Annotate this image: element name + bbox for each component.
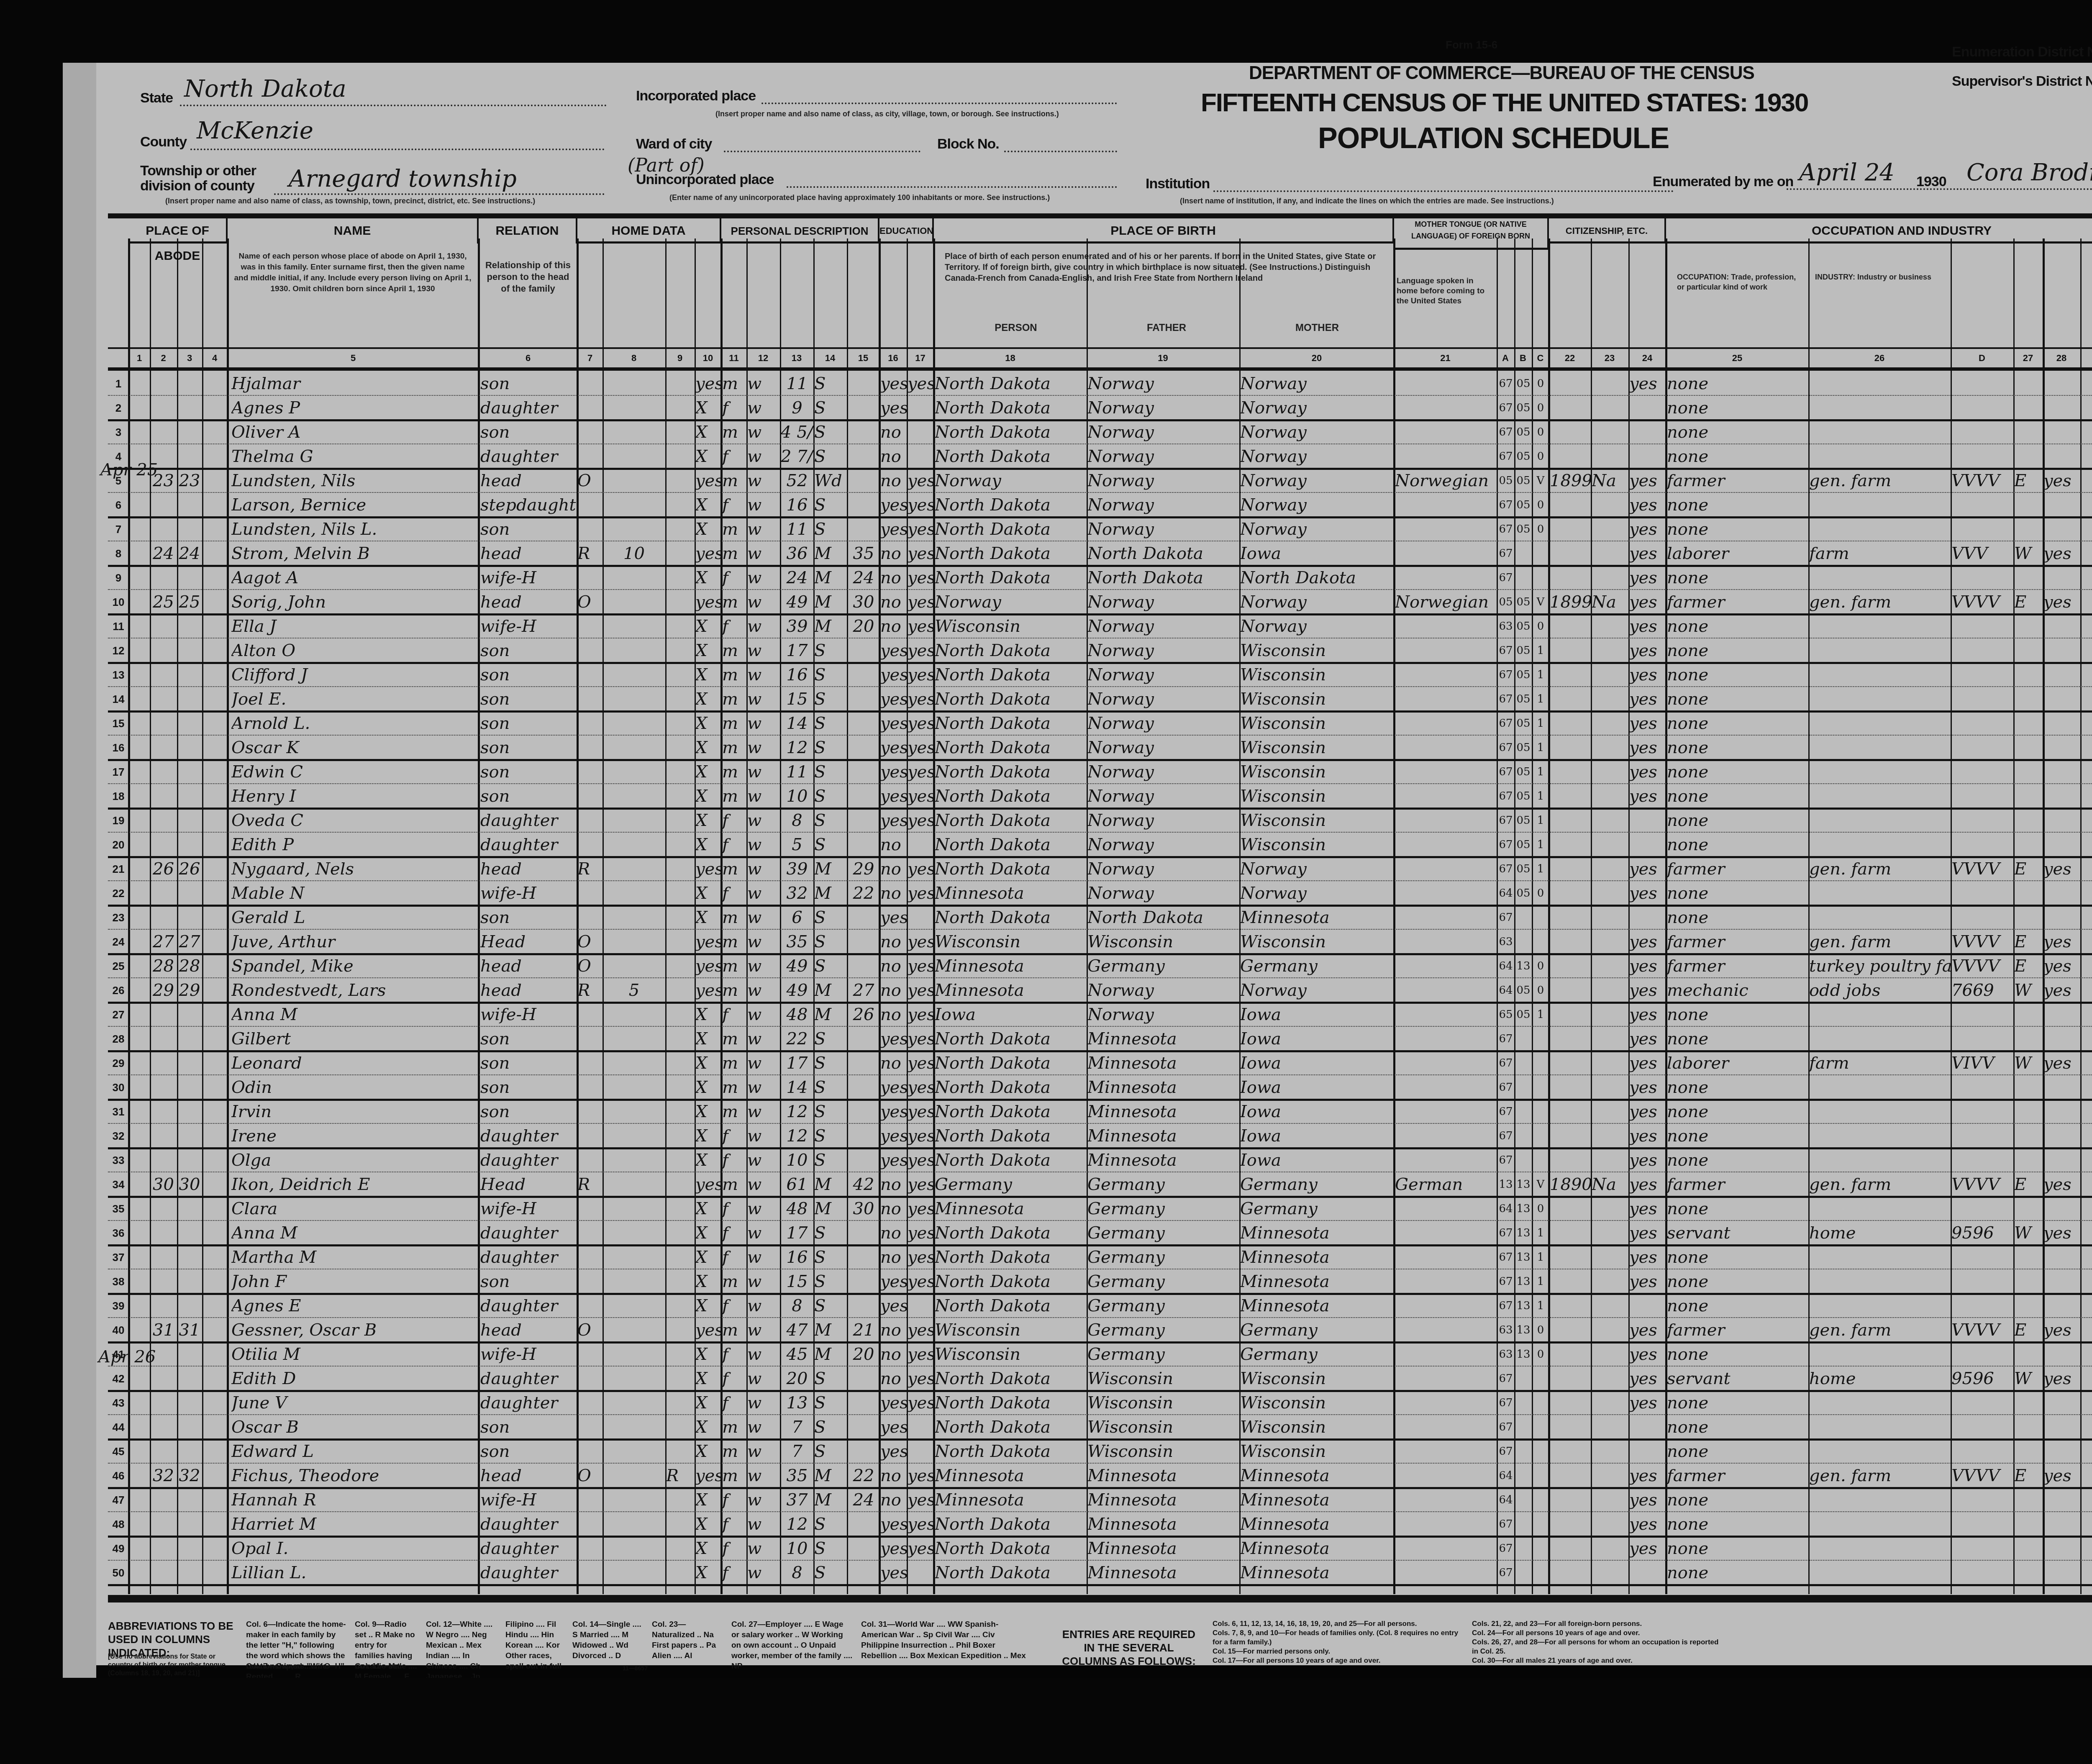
- cell-farm: yes: [695, 977, 721, 1002]
- cell-english: yes: [1629, 1463, 1665, 1487]
- cell-relation: son: [480, 1269, 577, 1293]
- cell-owned: [577, 783, 602, 808]
- cell-race: w: [747, 444, 780, 468]
- cell-age: 11: [781, 759, 813, 783]
- cell-code-d: VVVV: [1951, 929, 2013, 953]
- block-line: [1004, 151, 1117, 152]
- cell-dwelling: [150, 710, 177, 735]
- cell-emp: [2043, 662, 2080, 686]
- cell-family: 24: [177, 541, 202, 565]
- cell-tongue: [1395, 1341, 1497, 1366]
- cell-mother: Minnesota: [1240, 1511, 1393, 1536]
- cell-unemp: [2081, 1074, 2092, 1099]
- cell-age: 47: [781, 1317, 813, 1341]
- cell-farm: yes: [695, 856, 721, 880]
- cell-occupation: none: [1667, 1123, 1808, 1147]
- cell-code-d: [1951, 492, 2013, 516]
- cell-sex: f: [722, 1293, 746, 1317]
- cell-dwelling: [150, 1220, 177, 1244]
- cell-code-b: 05: [1515, 686, 1532, 710]
- cell-emp: yes: [2043, 1050, 2080, 1074]
- cell-read: [908, 832, 934, 856]
- cell-value: [604, 1147, 664, 1172]
- cell-code-a: 67: [1497, 686, 1514, 710]
- cell-name: Oveda C: [231, 808, 476, 832]
- cell-code-d: VVV: [1951, 541, 2013, 565]
- cell-owned: [577, 1438, 602, 1463]
- cell-english: yes: [1629, 1220, 1665, 1244]
- cell-mother: Norway: [1240, 613, 1393, 638]
- cell-code-c: 1: [1533, 1293, 1548, 1317]
- cell-value: [604, 1317, 664, 1341]
- cell-value: [604, 1172, 664, 1196]
- cell-unemp: [2081, 1293, 2092, 1317]
- cell-age-married: [848, 516, 879, 541]
- cell-farm: X: [695, 1244, 721, 1269]
- block-label: Block No.: [937, 136, 999, 152]
- cell-unemp: [2081, 1269, 2092, 1293]
- table-row: 50Lillian L.daughterXfw8SyesNorth Dakota…: [108, 1560, 2092, 1586]
- cell-value: [604, 419, 664, 444]
- cell-radio: [666, 710, 695, 735]
- cell-relation: head: [480, 856, 577, 880]
- cell-school: no: [880, 1196, 907, 1220]
- cell-read: yes: [908, 1002, 934, 1026]
- table-row: 42Edith DdaughterXfw20SnoyesNorth Dakota…: [108, 1366, 2092, 1392]
- cell-school: no: [880, 832, 907, 856]
- cell-age: 35: [781, 929, 813, 953]
- cell-race: w: [747, 1002, 780, 1026]
- cell-occupation: none: [1667, 565, 1808, 589]
- cell-emp: yes: [2043, 856, 2080, 880]
- cell-emp: [2043, 735, 2080, 759]
- table-row: 15Arnold L.sonXmw14SyesyesNorth DakotaNo…: [108, 710, 2092, 736]
- cell-race: w: [747, 856, 780, 880]
- cell-radio: [666, 662, 695, 686]
- cell-code-b: 05: [1515, 880, 1532, 905]
- cell-dwelling: [150, 1438, 177, 1463]
- cell-marital: S: [814, 905, 847, 929]
- cell-line: 19: [108, 808, 129, 832]
- cell-value: [604, 1511, 664, 1536]
- cell-imm: [1550, 1414, 1591, 1438]
- cell-class: [2014, 1511, 2043, 1536]
- cell-nat: [1592, 1002, 1628, 1026]
- cell-name: Harriet M: [231, 1511, 476, 1536]
- cell-farm: X: [695, 1196, 721, 1220]
- cell-owned: [577, 1366, 602, 1390]
- cell-dwelling: [150, 1099, 177, 1123]
- cell-emp: [2043, 516, 2080, 541]
- cell-family: [177, 1026, 202, 1050]
- cell-father: Wisconsin: [1087, 1366, 1239, 1390]
- cell-tongue: [1395, 1099, 1497, 1123]
- cell-marital: M: [814, 1317, 847, 1341]
- cell-class: E: [2014, 929, 2043, 953]
- cell-owned: [577, 1511, 602, 1536]
- cell-radio: [666, 1293, 695, 1317]
- cell-owned: O: [577, 953, 602, 977]
- cell-age-married: [848, 1438, 879, 1463]
- cell-emp: [2043, 1414, 2080, 1438]
- cell-family: 28: [177, 953, 202, 977]
- cell-line: 37: [108, 1244, 129, 1269]
- cell-dwelling: [150, 1414, 177, 1438]
- cell-occupation: farmer: [1667, 589, 1808, 613]
- population-table: PLACE OF ABODE NAME RELATION HOME DATA P…: [108, 213, 2092, 1594]
- cell-industry: [1809, 638, 1951, 662]
- cell-owned: [577, 1414, 602, 1438]
- cell-nat: [1592, 1050, 1628, 1074]
- cell-imm: [1550, 1244, 1591, 1269]
- cell-read: yes: [908, 1341, 934, 1366]
- incorporated-hint: (Insert proper name and also name of cla…: [715, 110, 1059, 118]
- cell-unemp: [2081, 1317, 2092, 1341]
- cell-imm: 1899: [1550, 468, 1591, 492]
- industry-instructions: INDUSTRY: Industry or business: [1815, 272, 1941, 282]
- cell-tongue: [1395, 1536, 1497, 1560]
- cell-radio: [666, 1269, 695, 1293]
- cell-radio: [666, 808, 695, 832]
- cell-farm: X: [695, 1002, 721, 1026]
- cell-code-c: 0: [1533, 1317, 1548, 1341]
- cell-tongue: [1395, 1074, 1497, 1099]
- cell-industry: [1809, 686, 1951, 710]
- cell-age: 32: [781, 880, 813, 905]
- cell-english: yes: [1629, 516, 1665, 541]
- cell-radio: [666, 1172, 695, 1196]
- cell-age-married: [848, 1244, 879, 1269]
- cell-age: 24: [781, 565, 813, 589]
- cell-mother: Germany: [1240, 1196, 1393, 1220]
- cell-age: 13: [781, 1390, 813, 1414]
- cell-line: 39: [108, 1293, 129, 1317]
- cell-nat: [1592, 1269, 1628, 1293]
- cell-imm: [1550, 1511, 1591, 1536]
- cell-age-married: [848, 783, 879, 808]
- cell-relation: wife-H: [480, 565, 577, 589]
- cell-code-c: [1533, 1123, 1548, 1147]
- cell-occupation: none: [1667, 1536, 1808, 1560]
- cell-code-c: [1533, 1147, 1548, 1172]
- cell-occupation: farmer: [1667, 468, 1808, 492]
- cell-owned: [577, 1147, 602, 1172]
- cell-emp: yes: [2043, 541, 2080, 565]
- cell-race: w: [747, 541, 780, 565]
- cell-age-married: 20: [848, 1341, 879, 1366]
- cell-unemp: [2081, 1002, 2092, 1026]
- cell-relation: son: [480, 1050, 577, 1074]
- group-citizenship: CITIZENSHIP, ETC.: [1549, 218, 1666, 244]
- cell-name: Agnes E: [231, 1293, 476, 1317]
- cell-tongue: [1395, 1026, 1497, 1050]
- cell-imm: [1550, 1536, 1591, 1560]
- cell-english: yes: [1629, 735, 1665, 759]
- cell-name: Edward L: [231, 1438, 476, 1463]
- department-title: DEPARTMENT OF COMMERCE—BUREAU OF THE CEN…: [1249, 63, 1754, 84]
- cell-code-c: 1: [1533, 1244, 1548, 1269]
- cell-english: yes: [1629, 783, 1665, 808]
- cell-code-a: 67: [1497, 1074, 1514, 1099]
- cell-industry: [1809, 1099, 1951, 1123]
- cell-radio: [666, 516, 695, 541]
- cell-industry: [1809, 735, 1951, 759]
- cell-nat: [1592, 1414, 1628, 1438]
- cell-english: yes: [1629, 977, 1665, 1002]
- cell-mother: Wisconsin: [1240, 735, 1393, 759]
- cell-read: yes: [908, 1147, 934, 1172]
- cell-line: 23: [108, 905, 129, 929]
- cell-age: 52: [781, 468, 813, 492]
- cell-relation: daughter: [480, 444, 577, 468]
- table-row: 27Anna Mwife-HXfw48M26noyesIowaNorwayIow…: [108, 1002, 2092, 1027]
- cell-school: yes: [880, 516, 907, 541]
- cell-code-b: 13: [1515, 1341, 1532, 1366]
- group-place-of-birth: PLACE OF BIRTH: [934, 218, 1394, 244]
- cell-family: [177, 565, 202, 589]
- cell-mother: Minnesota: [1240, 1269, 1393, 1293]
- cell-birth: North Dakota: [935, 662, 1087, 686]
- cell-read: yes: [908, 686, 934, 710]
- cell-age: 15: [781, 1269, 813, 1293]
- col-num: 4: [202, 349, 227, 367]
- col-num: D: [1951, 349, 2013, 367]
- cell-mother: Minnesota: [1240, 905, 1393, 929]
- cell-mother: Wisconsin: [1240, 686, 1393, 710]
- cell-mother: Minnesota: [1240, 1536, 1393, 1560]
- cell-code-d: VVVV: [1951, 1172, 2013, 1196]
- cell-imm: [1550, 808, 1591, 832]
- cell-name: Mable N: [231, 880, 476, 905]
- cell-birth: Norway: [935, 468, 1087, 492]
- table-row: 17Edwin CsonXmw11SyesyesNorth DakotaNorw…: [108, 759, 2092, 784]
- table-row: 12Alton OsonXmw17SyesyesNorth DakotaNorw…: [108, 638, 2092, 664]
- table-row: 28GilbertsonXmw22SyesyesNorth DakotaMinn…: [108, 1026, 2092, 1052]
- cell-read: yes: [908, 783, 934, 808]
- cell-age: 9: [781, 395, 813, 419]
- cell-age: 14: [781, 1074, 813, 1099]
- cell-english: [1629, 808, 1665, 832]
- cell-emp: [2043, 565, 2080, 589]
- cell-line: 24: [108, 929, 129, 953]
- cell-age: 10: [781, 1147, 813, 1172]
- cell-code-c: [1533, 1050, 1548, 1074]
- cell-name: Arnold L.: [231, 710, 476, 735]
- cell-age-married: 26: [848, 1002, 879, 1026]
- cell-occupation: none: [1667, 1026, 1808, 1050]
- cell-birth: North Dakota: [935, 735, 1087, 759]
- cell-relation: wife-H: [480, 1487, 577, 1511]
- cell-age: 37: [781, 1487, 813, 1511]
- cell-race: w: [747, 953, 780, 977]
- cell-nat: [1592, 783, 1628, 808]
- cell-relation: head: [480, 589, 577, 613]
- cell-code-b: [1515, 1147, 1532, 1172]
- cell-mother: Iowa: [1240, 1123, 1393, 1147]
- cell-father: Norway: [1087, 686, 1239, 710]
- table-row: 22Mable Nwife-HXfw32M22noyesMinnesotaNor…: [108, 880, 2092, 907]
- cell-industry: gen. farm: [1809, 856, 1951, 880]
- cell-marital: S: [814, 1414, 847, 1438]
- cell-marital: S: [814, 1536, 847, 1560]
- cell-read: yes: [908, 492, 934, 516]
- cell-occupation: laborer: [1667, 541, 1808, 565]
- cell-birth: North Dakota: [935, 1438, 1087, 1463]
- cell-read: [908, 1560, 934, 1584]
- cell-code-d: [1951, 1511, 2013, 1536]
- cell-age: 11: [781, 516, 813, 541]
- cell-race: w: [747, 1244, 780, 1269]
- cell-code-c: 0: [1533, 444, 1548, 468]
- cell-code-a: 67: [1497, 1269, 1514, 1293]
- cell-english: yes: [1629, 1050, 1665, 1074]
- cell-emp: [2043, 1560, 2080, 1584]
- cell-tongue: [1395, 929, 1497, 953]
- cell-code-c: [1533, 1074, 1548, 1099]
- cell-mother: Minnesota: [1240, 1244, 1393, 1269]
- cell-class: [2014, 686, 2043, 710]
- cell-marital: M: [814, 1487, 847, 1511]
- cell-code-a: 64: [1497, 953, 1514, 977]
- cell-occupation: none: [1667, 1487, 1808, 1511]
- cell-age-married: 27: [848, 977, 879, 1002]
- cell-industry: gen. farm: [1809, 468, 1951, 492]
- cell-imm: [1550, 1002, 1591, 1026]
- cell-farm: X: [695, 880, 721, 905]
- table-row: 30OdinsonXmw14SyesyesNorth DakotaMinneso…: [108, 1074, 2092, 1101]
- cell-school: no: [880, 1341, 907, 1366]
- cell-age: 5: [781, 832, 813, 856]
- cell-tongue: [1395, 1244, 1497, 1269]
- cell-code-b: [1515, 565, 1532, 589]
- cell-relation: daughter: [480, 1123, 577, 1147]
- cell-birth: Wisconsin: [935, 613, 1087, 638]
- cell-name: Clara: [231, 1196, 476, 1220]
- cell-age-married: [848, 1536, 879, 1560]
- cell-code-c: 0: [1533, 613, 1548, 638]
- cell-unemp: [2081, 662, 2092, 686]
- cell-farm: X: [695, 1414, 721, 1438]
- cell-emp: [2043, 492, 2080, 516]
- cell-family: [177, 905, 202, 929]
- name-instructions: Name of each person whose place of abode…: [233, 251, 472, 295]
- cell-english: [1629, 905, 1665, 929]
- cell-marital: M: [814, 1341, 847, 1366]
- cell-mother: Norway: [1240, 856, 1393, 880]
- cell-value: [604, 1002, 664, 1026]
- table-row: 11Ella Jwife-HXfw39M20noyesWisconsinNorw…: [108, 613, 2092, 638]
- cell-sex: f: [722, 1560, 746, 1584]
- cell-occupation: farmer: [1667, 1317, 1808, 1341]
- table-row: 463232Fichus, TheodoreheadORyesmw35M22no…: [108, 1463, 2092, 1489]
- cell-age-married: [848, 905, 879, 929]
- cell-read: yes: [908, 468, 934, 492]
- cell-sex: f: [722, 613, 746, 638]
- cell-nat: [1592, 808, 1628, 832]
- cell-imm: [1550, 1050, 1591, 1074]
- cell-line: 36: [108, 1220, 129, 1244]
- cell-code-a: 67: [1497, 541, 1514, 565]
- cell-owned: [577, 880, 602, 905]
- table-row: 38John FsonXmw15SyesyesNorth DakotaGerma…: [108, 1269, 2092, 1295]
- cell-code-b: 05: [1515, 613, 1532, 638]
- cell-tongue: [1395, 1487, 1497, 1511]
- cell-age-married: 30: [848, 1196, 879, 1220]
- entries-rule: Cols. 6, 11, 12, 13, 14, 16, 18, 19, 20,…: [1213, 1619, 1464, 1628]
- cell-birth: North Dakota: [935, 1244, 1087, 1269]
- cell-age: 12: [781, 1123, 813, 1147]
- cell-radio: [666, 1002, 695, 1026]
- cell-age-married: [848, 1390, 879, 1414]
- cell-age-married: 22: [848, 880, 879, 905]
- cell-mother: Wisconsin: [1240, 1414, 1393, 1438]
- cell-nat: [1592, 492, 1628, 516]
- cell-farm: X: [695, 419, 721, 444]
- cell-read: [908, 1414, 934, 1438]
- cell-father: Minnesota: [1087, 1074, 1239, 1099]
- cell-code-c: [1533, 1463, 1548, 1487]
- cell-school: yes: [880, 1560, 907, 1584]
- cell-owned: [577, 832, 602, 856]
- margin-date-note: Apr 26: [98, 1347, 156, 1367]
- cell-name: Gessner, Oscar B: [231, 1317, 476, 1341]
- cell-english: yes: [1629, 1390, 1665, 1414]
- cell-class: [2014, 371, 2043, 395]
- cell-race: w: [747, 1050, 780, 1074]
- cell-english: yes: [1629, 953, 1665, 977]
- enumerated-year: 1930: [1916, 174, 1946, 190]
- cell-value: [604, 371, 664, 395]
- cell-code-c: V: [1533, 1172, 1548, 1196]
- table-row: 242727Juve, ArthurHeadOyesmw35SnoyesWisc…: [108, 929, 2092, 955]
- cell-industry: [1809, 783, 1951, 808]
- cell-tongue: [1395, 613, 1497, 638]
- cell-owned: [577, 371, 602, 395]
- cell-marital: M: [814, 977, 847, 1002]
- cell-read: [908, 419, 934, 444]
- table-bottom-rule: [108, 1595, 2092, 1602]
- cell-tongue: [1395, 783, 1497, 808]
- cell-unemp: [2081, 783, 2092, 808]
- cell-race: w: [747, 929, 780, 953]
- ward-line: [724, 151, 920, 152]
- cell-line: 25: [108, 953, 129, 977]
- entries-title: ENTRIES ARE REQUIRED IN THE SEVERAL COLU…: [1062, 1628, 1196, 1668]
- cell-father: Minnesota: [1087, 1123, 1239, 1147]
- cell-owned: [577, 638, 602, 662]
- cell-race: w: [747, 613, 780, 638]
- cell-family: [177, 735, 202, 759]
- cell-class: [2014, 1269, 2043, 1293]
- cell-class: [2014, 880, 2043, 905]
- cell-unemp: [2081, 1196, 2092, 1220]
- cell-sex: m: [722, 1414, 746, 1438]
- cell-industry: gen. farm: [1809, 1172, 1951, 1196]
- col-num: 2: [150, 349, 177, 367]
- cell-nat: [1592, 1220, 1628, 1244]
- cell-class: [2014, 395, 2043, 419]
- cell-owned: O: [577, 1463, 602, 1487]
- cell-class: W: [2014, 977, 2043, 1002]
- cell-english: yes: [1629, 589, 1665, 613]
- cell-sex: m: [722, 419, 746, 444]
- cell-read: yes: [908, 662, 934, 686]
- cell-industry: [1809, 808, 1951, 832]
- cell-line: 49: [108, 1536, 129, 1560]
- cell-value: [604, 1438, 664, 1463]
- cell-farm: X: [695, 783, 721, 808]
- cell-farm: X: [695, 565, 721, 589]
